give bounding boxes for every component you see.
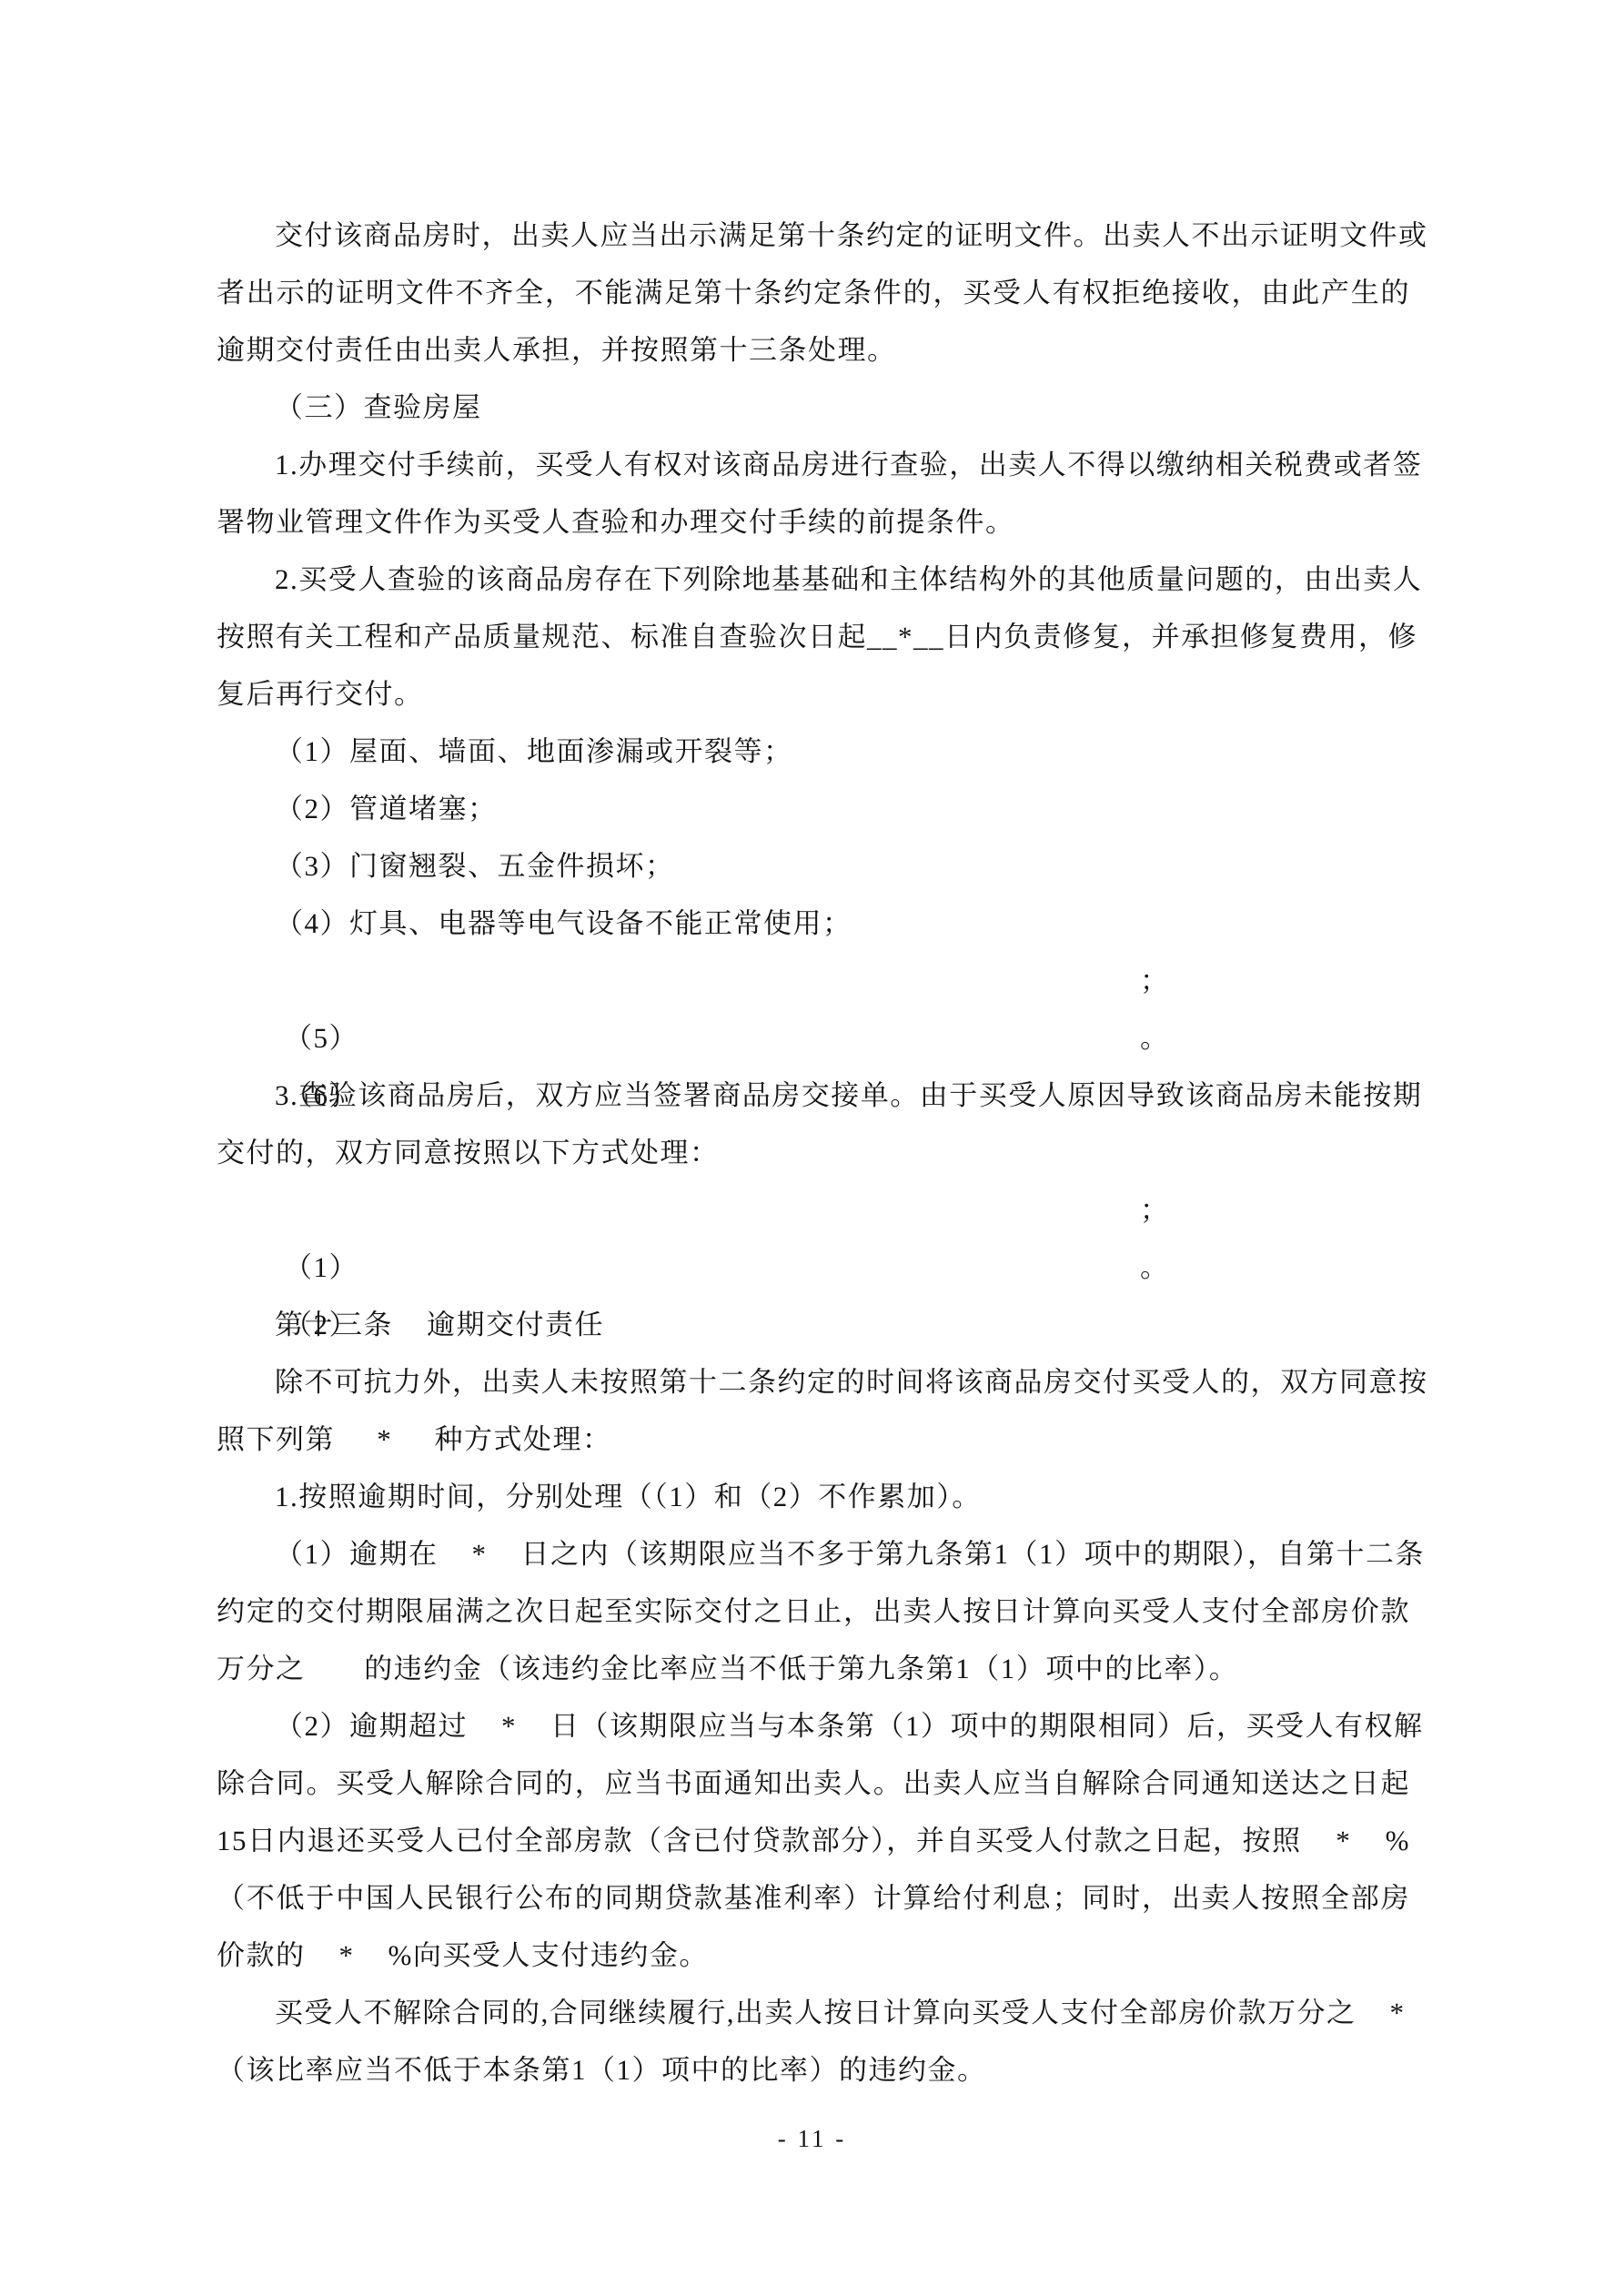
contract-line: 万分之 的违约金（该违约金比率应当不低于第九条第1（1）项中的比率）。 xyxy=(217,1640,1410,1697)
blank-fill-line: （6） 。 xyxy=(217,1009,1410,1067)
list-item: （3）门窗翘裂、五金件损坏； xyxy=(217,837,1410,895)
article-heading: 第十三条 逾期交付责任 xyxy=(217,1296,1410,1353)
paragraph-section-3-heading: （三）查验房屋 xyxy=(217,379,1410,436)
contract-line: 1.按照逾期时间，分别处理（（1）和（2）不作累加）。 xyxy=(217,1468,1410,1525)
paragraph-article-13-method-1-sub-1: （1）逾期在 * 日之内（该期限应当不多于第九条第1（1）项中的期限），自第十二… xyxy=(217,1525,1410,1697)
contract-line: （该比率应当不低于本条第1（1）项中的比率）的违约金。 xyxy=(217,2041,1410,2099)
blank-fill-label: （2） xyxy=(284,1309,358,1340)
contract-line: 复后再行交付。 xyxy=(217,665,1410,723)
blank-fill-line: （2） 。 xyxy=(217,1239,1410,1296)
contract-line: （2）逾期超过 * 日（该期限应当与本条第（1）项中的期限相同）后，买受人有权解 xyxy=(217,1697,1410,1755)
paragraph-inspection-item-3: 3.查验该商品房后，双方应当签署商品房交接单。由于买受人原因导致该商品房未能按期… xyxy=(217,1067,1410,1181)
blank-fill-punct: ； xyxy=(1140,1181,1170,1239)
blank-fill-label: （6） xyxy=(284,1079,358,1111)
contract-line: 照下列第 * 种方式处理： xyxy=(217,1411,1410,1468)
paragraph-defect-6-blank: （6） 。 xyxy=(217,1009,1410,1067)
contract-text: 交付该商品房时，出卖人应当出示满足第十条约定的证明文件。出卖人不出示证明文件或 … xyxy=(217,207,1410,2099)
paragraph-inspection-item-2: 2.买受人查验的该商品房存在下列除地基基础和主体结构外的其他质量问题的，由出卖人… xyxy=(217,551,1410,723)
paragraph-defect-1: （1）屋面、墙面、地面渗漏或开裂等； xyxy=(217,723,1410,780)
paragraph-article-13-heading: 第十三条 逾期交付责任 xyxy=(217,1296,1410,1353)
contract-line: 15日内退还买受人已付全部房款（含已付贷款部分），并自买受人付款之日起，按照 *… xyxy=(217,1812,1410,1869)
paragraph-article-13-no-rescind: 买受人不解除合同的,合同继续履行,出卖人按日计算向买受人支付全部房价款万分之 *… xyxy=(217,1984,1410,2099)
blank-fill-punct: 。 xyxy=(1140,1239,1170,1296)
list-item: （4）灯具、电器等电气设备不能正常使用； xyxy=(217,895,1410,952)
contract-line: 交付的，双方同意按照以下方式处理： xyxy=(217,1124,1410,1181)
contract-line: 除不可抗力外，出卖人未按照第十二条约定的时间将该商品房交付买受人的，双方同意按 xyxy=(217,1353,1410,1411)
blank-fill-punct: 。 xyxy=(1140,1009,1170,1067)
paragraph-article-13-method-1-sub-2: （2）逾期超过 * 日（该期限应当与本条第（1）项中的期限相同）后，买受人有权解… xyxy=(217,1697,1410,1984)
contract-line: 3.查验该商品房后，双方应当签署商品房交接单。由于买受人原因导致该商品房未能按期 xyxy=(217,1067,1410,1124)
paragraph-inspection-item-1: 1.办理交付手续前，买受人有权对该商品房进行查验，出卖人不得以缴纳相关税费或者签… xyxy=(217,436,1410,551)
paragraph-article-13-intro: 除不可抗力外，出卖人未按照第十二条约定的时间将该商品房交付买受人的，双方同意按 … xyxy=(217,1353,1410,1468)
page-number: - 11 - xyxy=(0,2120,1624,2157)
paragraph-article-13-method-1: 1.按照逾期时间，分别处理（（1）和（2）不作累加）。 xyxy=(217,1468,1410,1525)
paragraph-defect-4: （4）灯具、电器等电气设备不能正常使用； xyxy=(217,895,1410,952)
paragraph-defect-3: （3）门窗翘裂、五金件损坏； xyxy=(217,837,1410,895)
contract-line: 1.办理交付手续前，买受人有权对该商品房进行查验，出卖人不得以缴纳相关税费或者签 xyxy=(217,436,1410,493)
paragraph-handling-option-2-blank: （2） 。 xyxy=(217,1239,1410,1296)
paragraph-delivery-certificates: 交付该商品房时，出卖人应当出示满足第十条约定的证明文件。出卖人不出示证明文件或 … xyxy=(217,207,1410,379)
contract-line: 署物业管理文件作为买受人查验和办理交付手续的前提条件。 xyxy=(217,493,1410,551)
contract-line: 按照有关工程和产品质量规范、标准自查验次日起__*__日内负责修复，并承担修复费… xyxy=(217,608,1410,665)
contract-line: 买受人不解除合同的,合同继续履行,出卖人按日计算向买受人支付全部房价款万分之 * xyxy=(217,1984,1410,2041)
blank-fill-punct: ； xyxy=(1140,952,1170,1009)
section-heading: （三）查验房屋 xyxy=(217,379,1410,436)
contract-line: 2.买受人查验的该商品房存在下列除地基基础和主体结构外的其他质量问题的，由出卖人 xyxy=(217,551,1410,608)
contract-line: 约定的交付期限届满之次日起至实际交付之日止，出卖人按日计算向买受人支付全部房价款 xyxy=(217,1583,1410,1640)
paragraph-defect-5-blank: （5） ； xyxy=(217,952,1410,1009)
paragraph-defect-2: （2）管道堵塞； xyxy=(217,780,1410,837)
list-item: （2）管道堵塞； xyxy=(217,780,1410,837)
contract-line: 除合同。买受人解除合同的，应当书面通知出卖人。出卖人应当自解除合同通知送达之日起 xyxy=(217,1755,1410,1812)
contract-line: 者出示的证明文件不齐全，不能满足第十条约定条件的，买受人有权拒绝接收，由此产生的 xyxy=(217,264,1410,321)
contract-line: （不低于中国人民银行公布的同期贷款基准利率）计算给付利息；同时，出卖人按照全部房 xyxy=(217,1869,1410,1927)
contract-page: 交付该商品房时，出卖人应当出示满足第十条约定的证明文件。出卖人不出示证明文件或 … xyxy=(0,0,1624,2296)
contract-line: （1）逾期在 * 日之内（该期限应当不多于第九条第1（1）项中的期限），自第十二… xyxy=(217,1525,1410,1583)
blank-fill-line: （5） ； xyxy=(217,952,1410,1009)
contract-line: 交付该商品房时，出卖人应当出示满足第十条约定的证明文件。出卖人不出示证明文件或 xyxy=(217,207,1410,264)
blank-fill-line: （1） ； xyxy=(217,1181,1410,1239)
contract-line: 价款的 * %向买受人支付违约金。 xyxy=(217,1927,1410,1984)
paragraph-handling-option-1-blank: （1） ； xyxy=(217,1181,1410,1239)
contract-line: 逾期交付责任由出卖人承担，并按照第十三条处理。 xyxy=(217,321,1410,379)
list-item: （1）屋面、墙面、地面渗漏或开裂等； xyxy=(217,723,1410,780)
